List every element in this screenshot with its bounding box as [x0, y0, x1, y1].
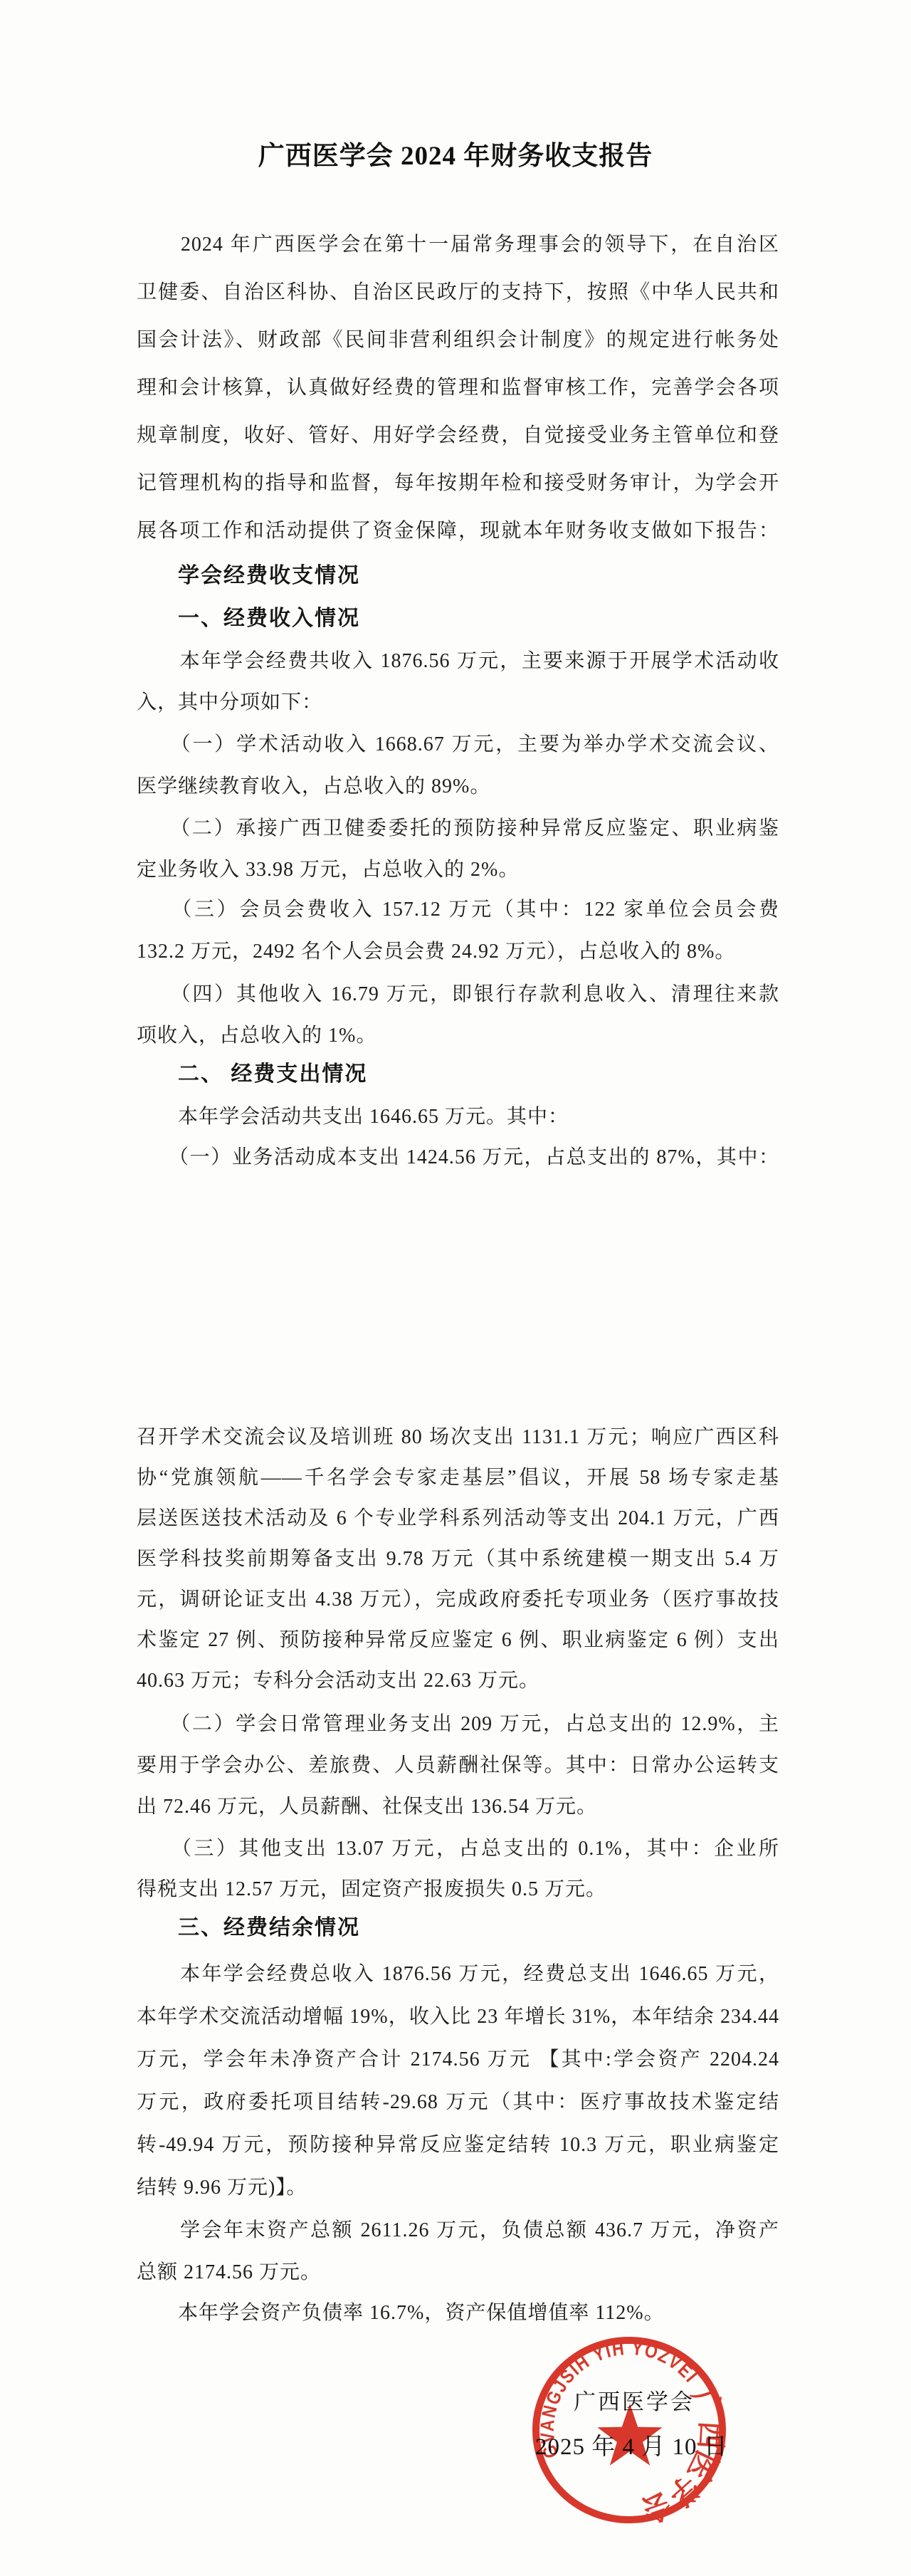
- text-line: 本年学会活动共支出 1646.65 万元。其中：: [137, 1096, 779, 1138]
- body-paragraph: （二）学会日常管理业务支出 209 万元，占总支出的 12.9%，主要用于学会办…: [137, 1704, 779, 1828]
- text-line: 规章制度，收好、管好、用好学会经费，自觉接受业务主管单位和登: [137, 412, 779, 459]
- body-paragraph: 本年学会经费总收入 1876.56 万元，经费总支出 1646.65 万元，本年…: [137, 1953, 779, 2209]
- report-document-page: 广西医学会 2024 年财务收支报告 2024 年广西医学会在第十一届常务理事会…: [0, 0, 911, 2576]
- text-line: 元，调研论证支出 4.38 万元），完成政府委托专项业务（医疗事故技: [137, 1579, 779, 1620]
- text-line: 国会计法》、财政部《民间非营利组织会计制度》的规定进行帐务处: [137, 316, 779, 364]
- text-line: 万元，政府委托项目结转-29.68 万元（其中：医疗事故技术鉴定结: [137, 2081, 779, 2124]
- text-line: （二）学会日常管理业务支出 209 万元，占总支出的 12.9%，主: [137, 1704, 779, 1745]
- text-line: 得税支出 12.57 万元，固定资产报废损失 0.5 万元。: [137, 1869, 779, 1910]
- body-paragraph: 2024 年广西医学会在第十一届常务理事会的领导下，在自治区卫健委、自治区科协、…: [137, 221, 779, 555]
- text-line: 展各项工作和活动提供了资金保障，现就本年财务收支做如下报告：: [137, 507, 779, 555]
- text-line: （三）其他支出 13.07 万元，占总支出的 0.1%，其中：企业所: [137, 1828, 779, 1869]
- body-paragraph: 本年学会经费共收入 1876.56 万元，主要来源于开展学术活动收入，其中分项如…: [137, 641, 779, 723]
- body-paragraph: （三）会员会费收入 157.12 万元（其中：122 家单位会员会费132.2 …: [137, 889, 779, 973]
- section-heading: 三、经费结余情况: [178, 1910, 360, 1941]
- body-paragraph: （二）承接广西卫健委委托的预防接种异常反应鉴定、职业病鉴定业务收入 33.98 …: [137, 808, 779, 891]
- text-line: 本年学会经费总收入 1876.56 万元，经费总支出 1646.65 万元，: [137, 1953, 779, 1996]
- seal-star-icon: [597, 2404, 662, 2466]
- text-line: 协“党旗领航——千名学会专家走基层”倡议，开展 58 场专家走基: [137, 1457, 779, 1498]
- document-title: 广西医学会 2024 年财务收支报告: [0, 134, 911, 172]
- text-line: 项收入，占总收入的 1%。: [137, 1015, 779, 1057]
- body-paragraph: （一）业务活动成本支出 1424.56 万元，占总支出的 87%，其中：: [137, 1137, 779, 1178]
- text-line: 入，其中分项如下：: [137, 682, 779, 723]
- text-line: 结转 9.96 万元)】。: [137, 2167, 779, 2209]
- text-line: 出 72.46 万元，人员薪酬、社保支出 136.54 万元。: [137, 1786, 779, 1828]
- body-paragraph: 召开学术交流会议及培训班 80 场次支出 1131.1 万元；响应广西区科协“党…: [137, 1417, 779, 1701]
- text-line: 转-49.94 万元，预防接种异常反应鉴定结转 10.3 万元，职业病鉴定: [137, 2124, 779, 2167]
- text-line: 2024 年广西医学会在第十一届常务理事会的领导下，在自治区: [137, 221, 779, 268]
- text-line: 术鉴定 27 例、预防接种异常反应鉴定 6 例、职业病鉴定 6 例）支出: [137, 1620, 779, 1660]
- text-line: （三）会员会费收入 157.12 万元（其中：122 家单位会员会费: [137, 889, 779, 931]
- text-line: 要用于学会办公、差旅费、人员薪酬社保等。其中：日常办公运转支: [137, 1745, 779, 1786]
- body-paragraph: （四）其他收入 16.79 万元，即银行存款利息收入、清理往来款项收入，占总收入…: [137, 974, 779, 1057]
- text-line: 40.63 万元；专科分会活动支出 22.63 万元。: [137, 1660, 779, 1701]
- text-line: 总额 2174.56 万元。: [137, 2251, 779, 2293]
- body-paragraph: 学会年末资产总额 2611.26 万元，负债总额 436.7 万元，净资产总额 …: [137, 2209, 779, 2293]
- text-line: 学会年末资产总额 2611.26 万元，负债总额 436.7 万元，净资产: [137, 2209, 779, 2251]
- body-paragraph: （三）其他支出 13.07 万元，占总支出的 0.1%，其中：企业所得税支出 1…: [137, 1828, 779, 1910]
- text-line: （四）其他收入 16.79 万元，即银行存款利息收入、清理往来款: [137, 974, 779, 1015]
- section-heading: 学会经费收支情况: [178, 557, 360, 589]
- text-line: 万元，学会年未净资产合计 2174.56 万元 【其中:学会资产 2204.24: [137, 2038, 779, 2081]
- seal-chinese-text: 广西医学会: [637, 2385, 729, 2528]
- text-line: 定业务收入 33.98 万元，占总收入的 2%。: [137, 849, 779, 891]
- text-line: 医学继续教育收入，占总收入的 89%。: [137, 765, 779, 807]
- text-line: 132.2 万元，2492 名个人会员会费 24.92 万元），占总收入的 8%…: [137, 931, 779, 973]
- text-line: （一）学术活动收入 1668.67 万元，主要为举办学术交流会议、: [137, 723, 779, 765]
- text-line: 卫健委、自治区科协、自治区民政厅的支持下，按照《中华人民共和: [137, 268, 779, 316]
- section-heading: 一、经费收入情况: [178, 600, 360, 632]
- text-line: 召开学术交流会议及培训班 80 场次支出 1131.1 万元；响应广西区科: [137, 1417, 779, 1457]
- text-line: 本年学术交流活动增幅 19%，收入比 23 年增长 31%，本年结余 234.4…: [137, 1996, 779, 2038]
- text-line: 记管理机构的指导和监督，每年按期年检和接受财务审计，为学会开: [137, 459, 779, 507]
- body-paragraph: 本年学会活动共支出 1646.65 万元。其中：: [137, 1096, 779, 1138]
- body-paragraph: （一）学术活动收入 1668.67 万元，主要为举办学术交流会议、医学继续教育收…: [137, 723, 779, 807]
- section-heading: 二、 经费支出情况: [178, 1056, 367, 1087]
- text-line: （二）承接广西卫健委委托的预防接种异常反应鉴定、职业病鉴: [137, 808, 779, 849]
- text-line: 医学科技奖前期筹备支出 9.78 万元（其中系统建模一期支出 5.4 万: [137, 1539, 779, 1579]
- text-line: 层送医送技术活动及 6 个专业学科系列活动等支出 204.1 万元，广西: [137, 1498, 779, 1539]
- official-seal-stamp: GVANGJSIH YIH YOZVEI 广西医学会: [523, 2320, 737, 2540]
- text-line: 理和会计核算，认真做好经费的管理和监督审核工作，完善学会各项: [137, 364, 779, 412]
- text-line: （一）业务活动成本支出 1424.56 万元，占总支出的 87%，其中：: [137, 1137, 779, 1178]
- text-line: 本年学会经费共收入 1876.56 万元，主要来源于开展学术活动收: [137, 641, 779, 682]
